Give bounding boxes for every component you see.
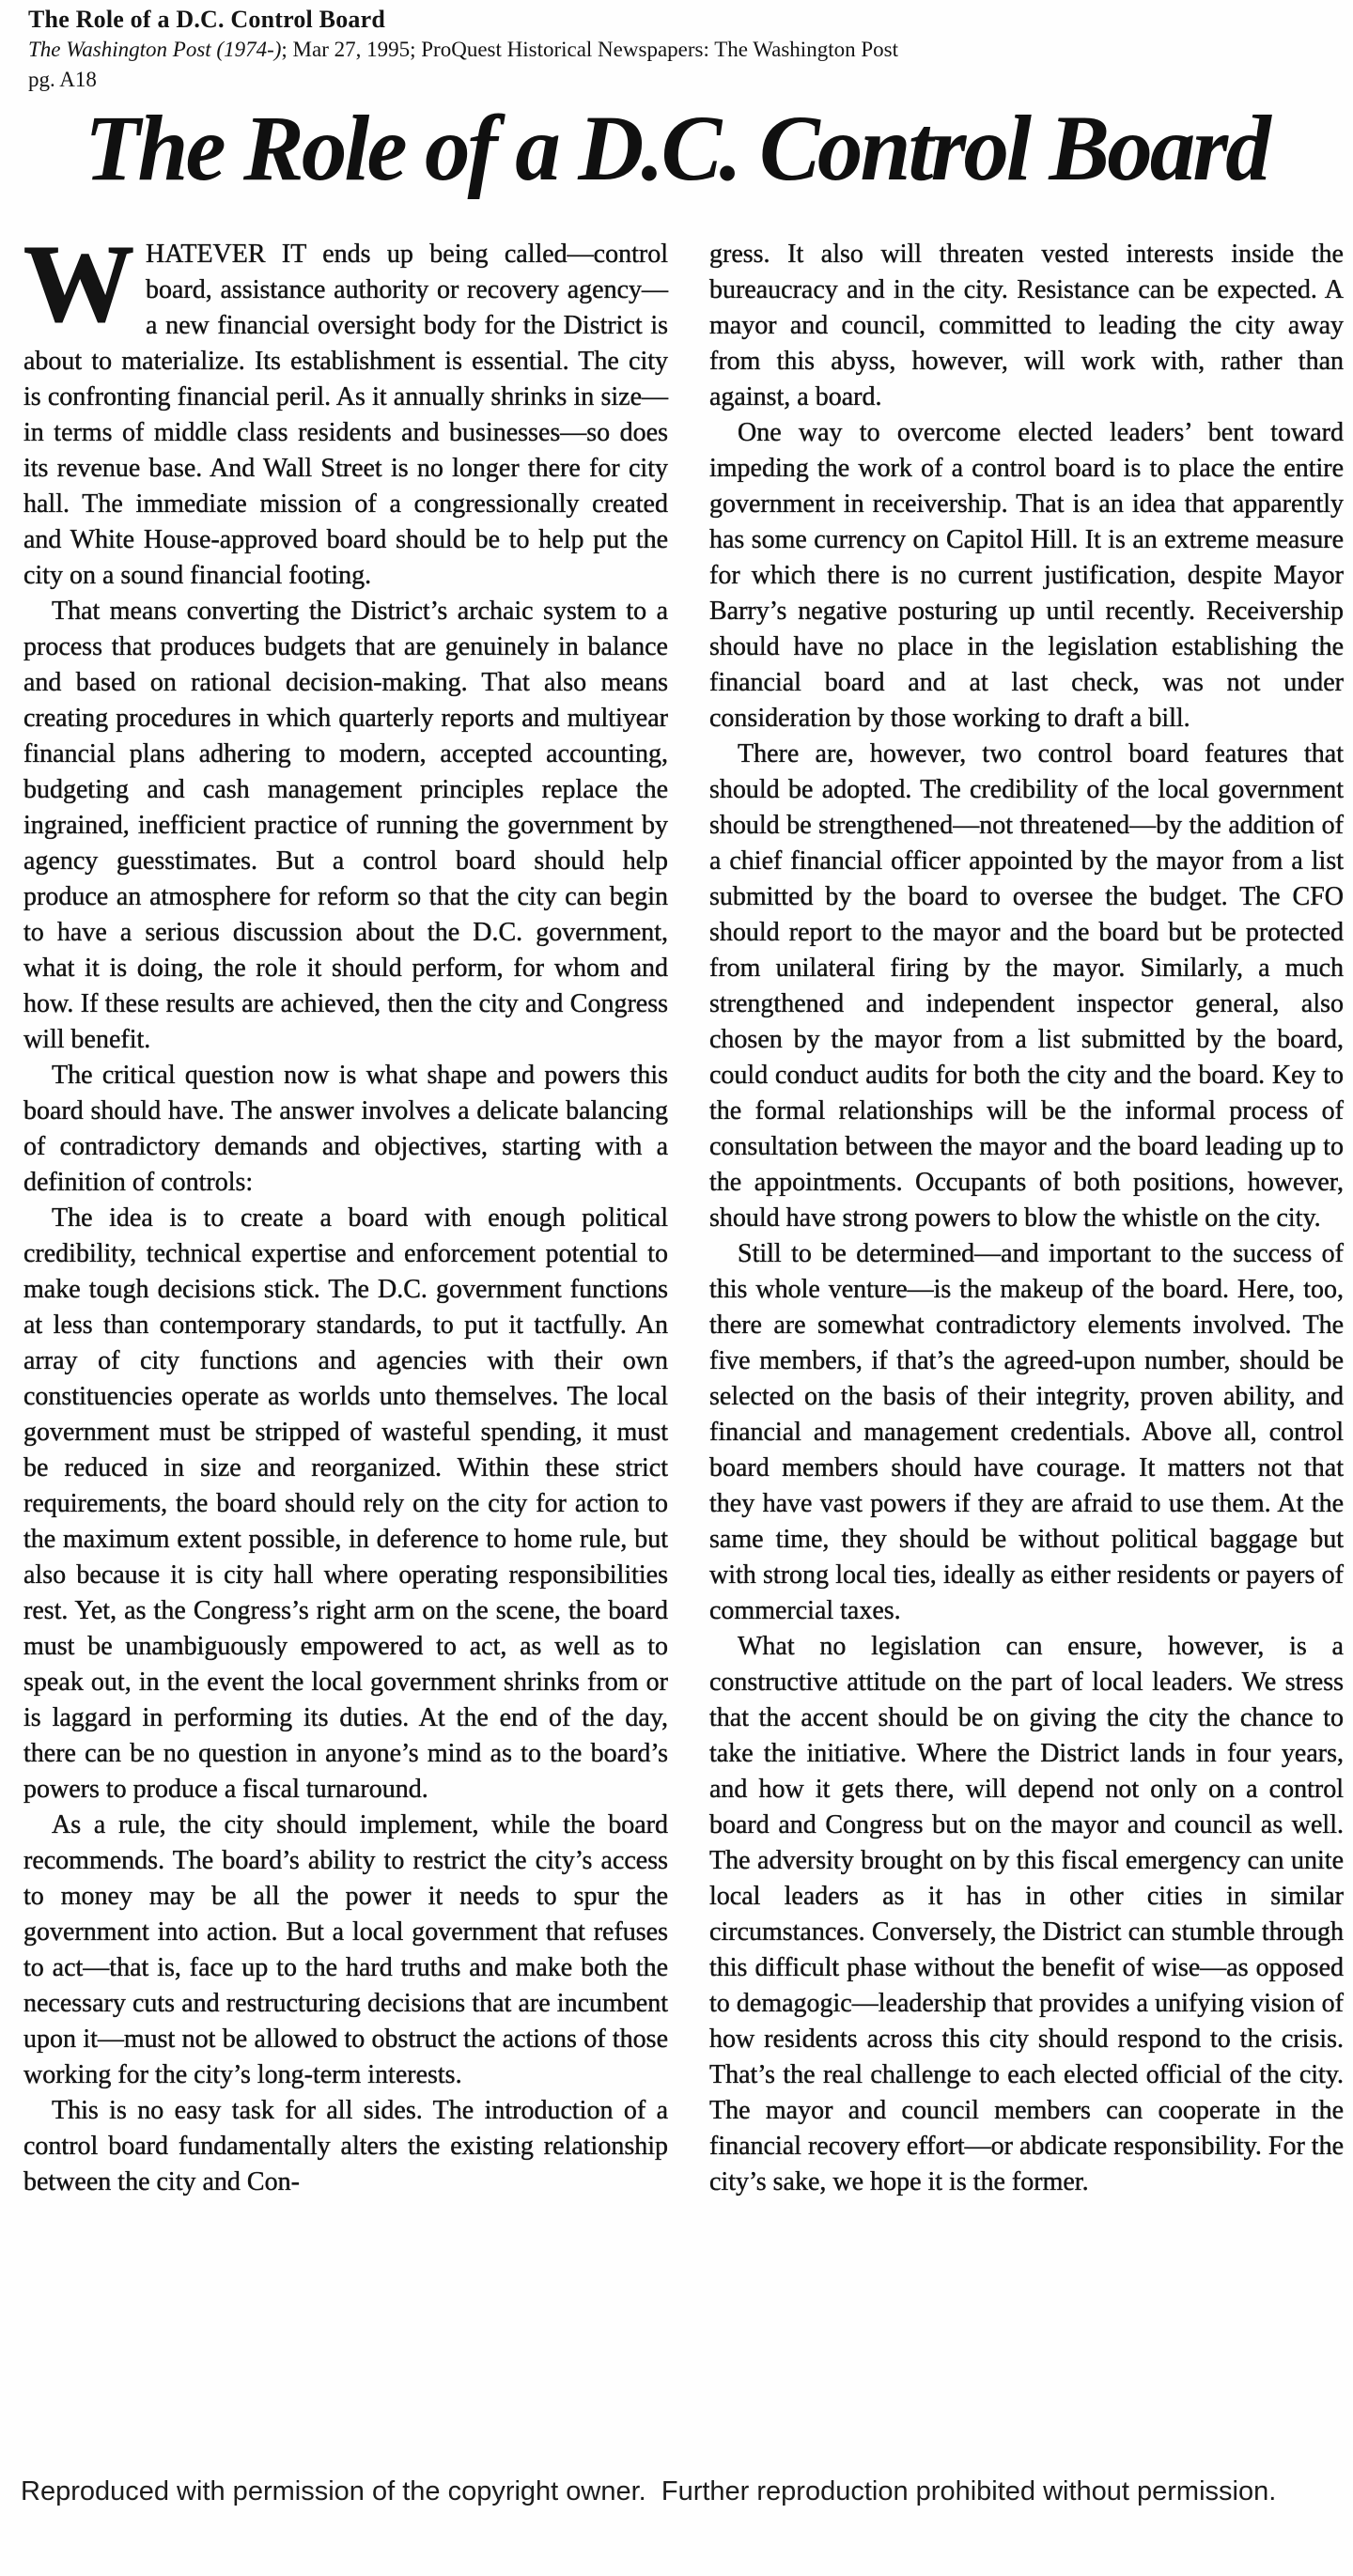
citation-header: The Role of a D.C. Control Board The Was… <box>28 6 1325 94</box>
copyright-footer: Reproduced with permission of the copyri… <box>21 2476 1336 2507</box>
paragraph: As a rule, the city should implement, wh… <box>23 1808 668 2093</box>
drop-cap: W <box>23 237 146 327</box>
document-page: The Role of a D.C. Control Board The Was… <box>0 0 1353 2576</box>
citation-details: ; Mar 27, 1995; ProQuest Historical News… <box>281 38 898 61</box>
column-left: WHATEVER IT ends up being called—control… <box>23 237 668 2200</box>
citation-title: The Role of a D.C. Control Board <box>28 6 1325 34</box>
citation-source: The Washington Post (1974-); Mar 27, 199… <box>28 36 1325 64</box>
article-headline: The Role of a D.C. Control Board <box>21 94 1333 202</box>
lead-paragraph: WHATEVER IT ends up being called—control… <box>23 237 668 594</box>
paragraph: What no legislation can ensure, however,… <box>709 1629 1344 2200</box>
paragraph: The critical question now is what shape … <box>23 1058 668 1201</box>
paragraph: There are, however, two control board fe… <box>709 737 1344 1236</box>
column-right: gress. It also will threaten vested inte… <box>709 237 1344 2200</box>
paragraph: One way to overcome elected leaders’ ben… <box>709 415 1344 737</box>
article-body: WHATEVER IT ends up being called—control… <box>23 237 1344 2200</box>
paragraph: The idea is to create a board with enoug… <box>23 1201 668 1808</box>
continuation-paragraph: gress. It also will threaten vested inte… <box>709 237 1344 415</box>
paragraph: That means converting the District’s arc… <box>23 594 668 1058</box>
paragraph: Still to be determined—and important to … <box>709 1236 1344 1629</box>
paragraph: This is no easy task for all sides. The … <box>23 2093 668 2200</box>
citation-page-number: pg. A18 <box>28 66 1325 94</box>
citation-publication: The Washington Post (1974-) <box>28 38 281 61</box>
